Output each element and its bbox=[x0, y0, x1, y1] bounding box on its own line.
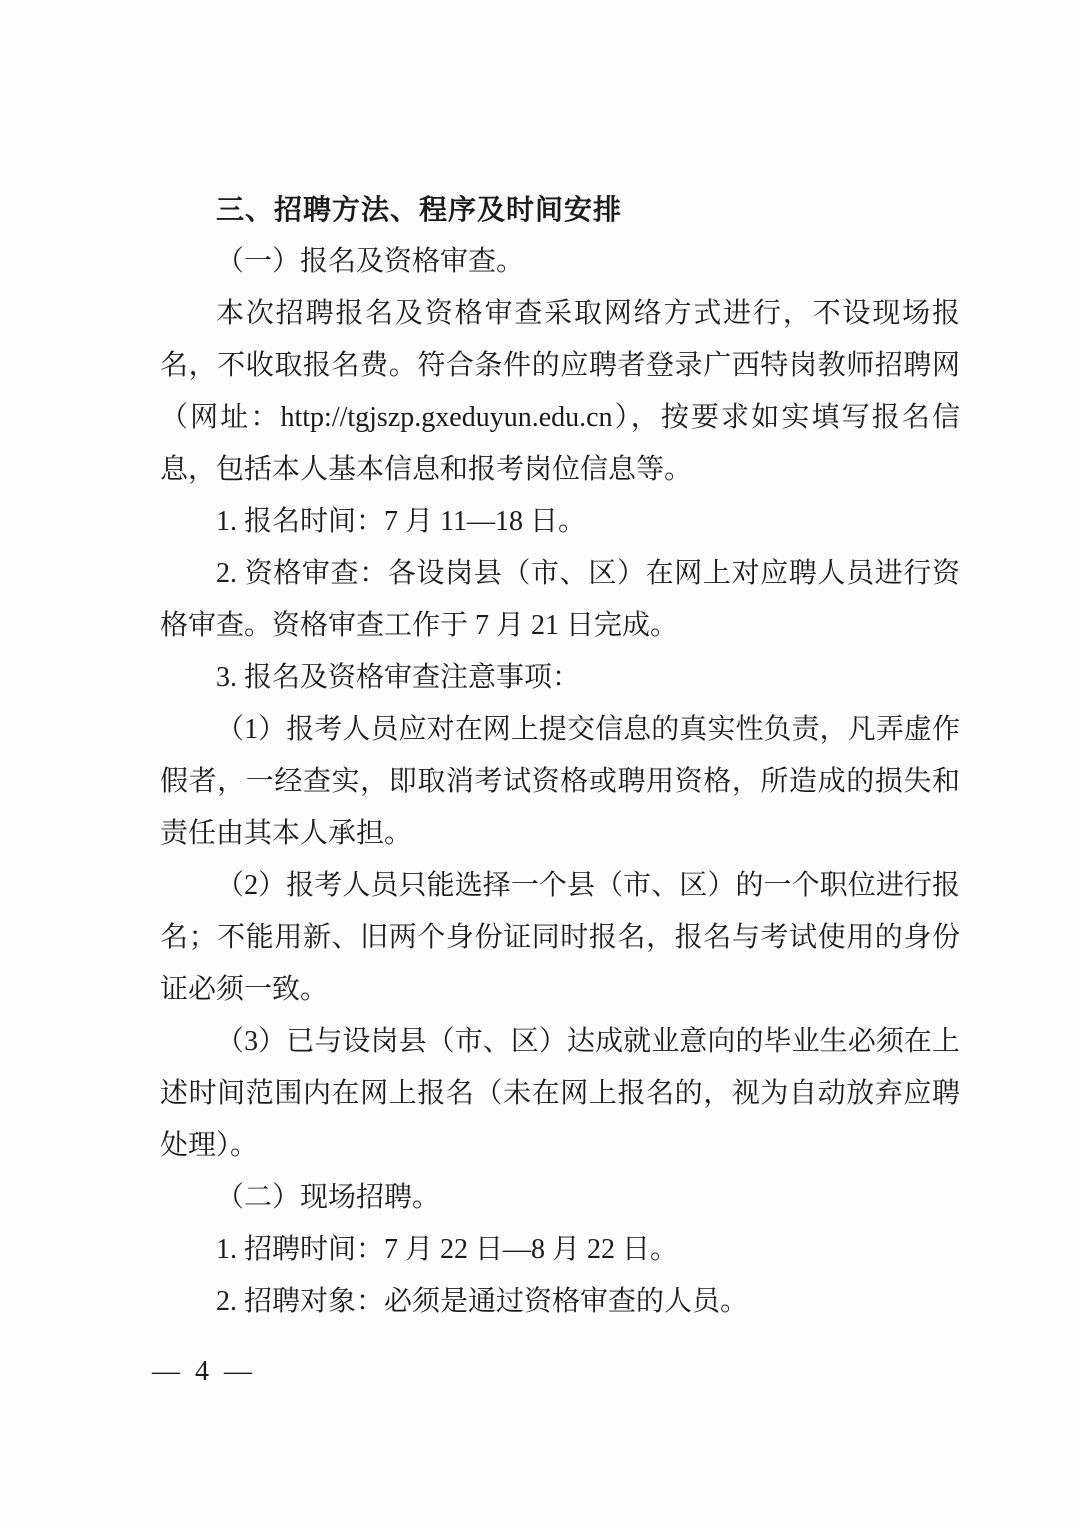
paragraph-onsite-time: 1. 招聘时间：7 月 22 日—8 月 22 日。 bbox=[160, 1224, 960, 1276]
paragraph-note-3: （3）已与设岗县（市、区）达成就业意向的毕业生必须在上述时间范围内在网上报名（未… bbox=[160, 1016, 960, 1172]
paragraph-registration-overview: 本次招聘报名及资格审查采取网络方式进行，不设现场报名，不收取报名费。符合条件的应… bbox=[160, 288, 960, 496]
document-body: 三、招聘方法、程序及时间安排 （一）报名及资格审查。 本次招聘报名及资格审查采取… bbox=[160, 184, 960, 1328]
paragraph-notes-heading: 3. 报名及资格审查注意事项： bbox=[160, 652, 960, 704]
subsection-heading-onsite: （二）现场招聘。 bbox=[160, 1172, 960, 1224]
paragraph-note-1: （1）报考人员应对在网上提交信息的真实性负责，凡弄虚作假者，一经查实，即取消考试… bbox=[160, 704, 960, 860]
paragraph-registration-time: 1. 报名时间：7 月 11—18 日。 bbox=[160, 496, 960, 548]
paragraph-qualification-review: 2. 资格审查：各设岗县（市、区）在网上对应聘人员进行资格审查。资格审查工作于 … bbox=[160, 548, 960, 652]
page-number: — 4 — bbox=[152, 1346, 256, 1398]
paragraph-note-2: （2）报考人员只能选择一个县（市、区）的一个职位进行报名；不能用新、旧两个身份证… bbox=[160, 860, 960, 1016]
paragraph-onsite-target: 2. 招聘对象：必须是通过资格审查的人员。 bbox=[160, 1276, 960, 1328]
document-page: 三、招聘方法、程序及时间安排 （一）报名及资格审查。 本次招聘报名及资格审查采取… bbox=[0, 0, 1080, 1528]
section-heading: 三、招聘方法、程序及时间安排 bbox=[160, 184, 960, 236]
subsection-heading-registration: （一）报名及资格审查。 bbox=[160, 236, 960, 288]
